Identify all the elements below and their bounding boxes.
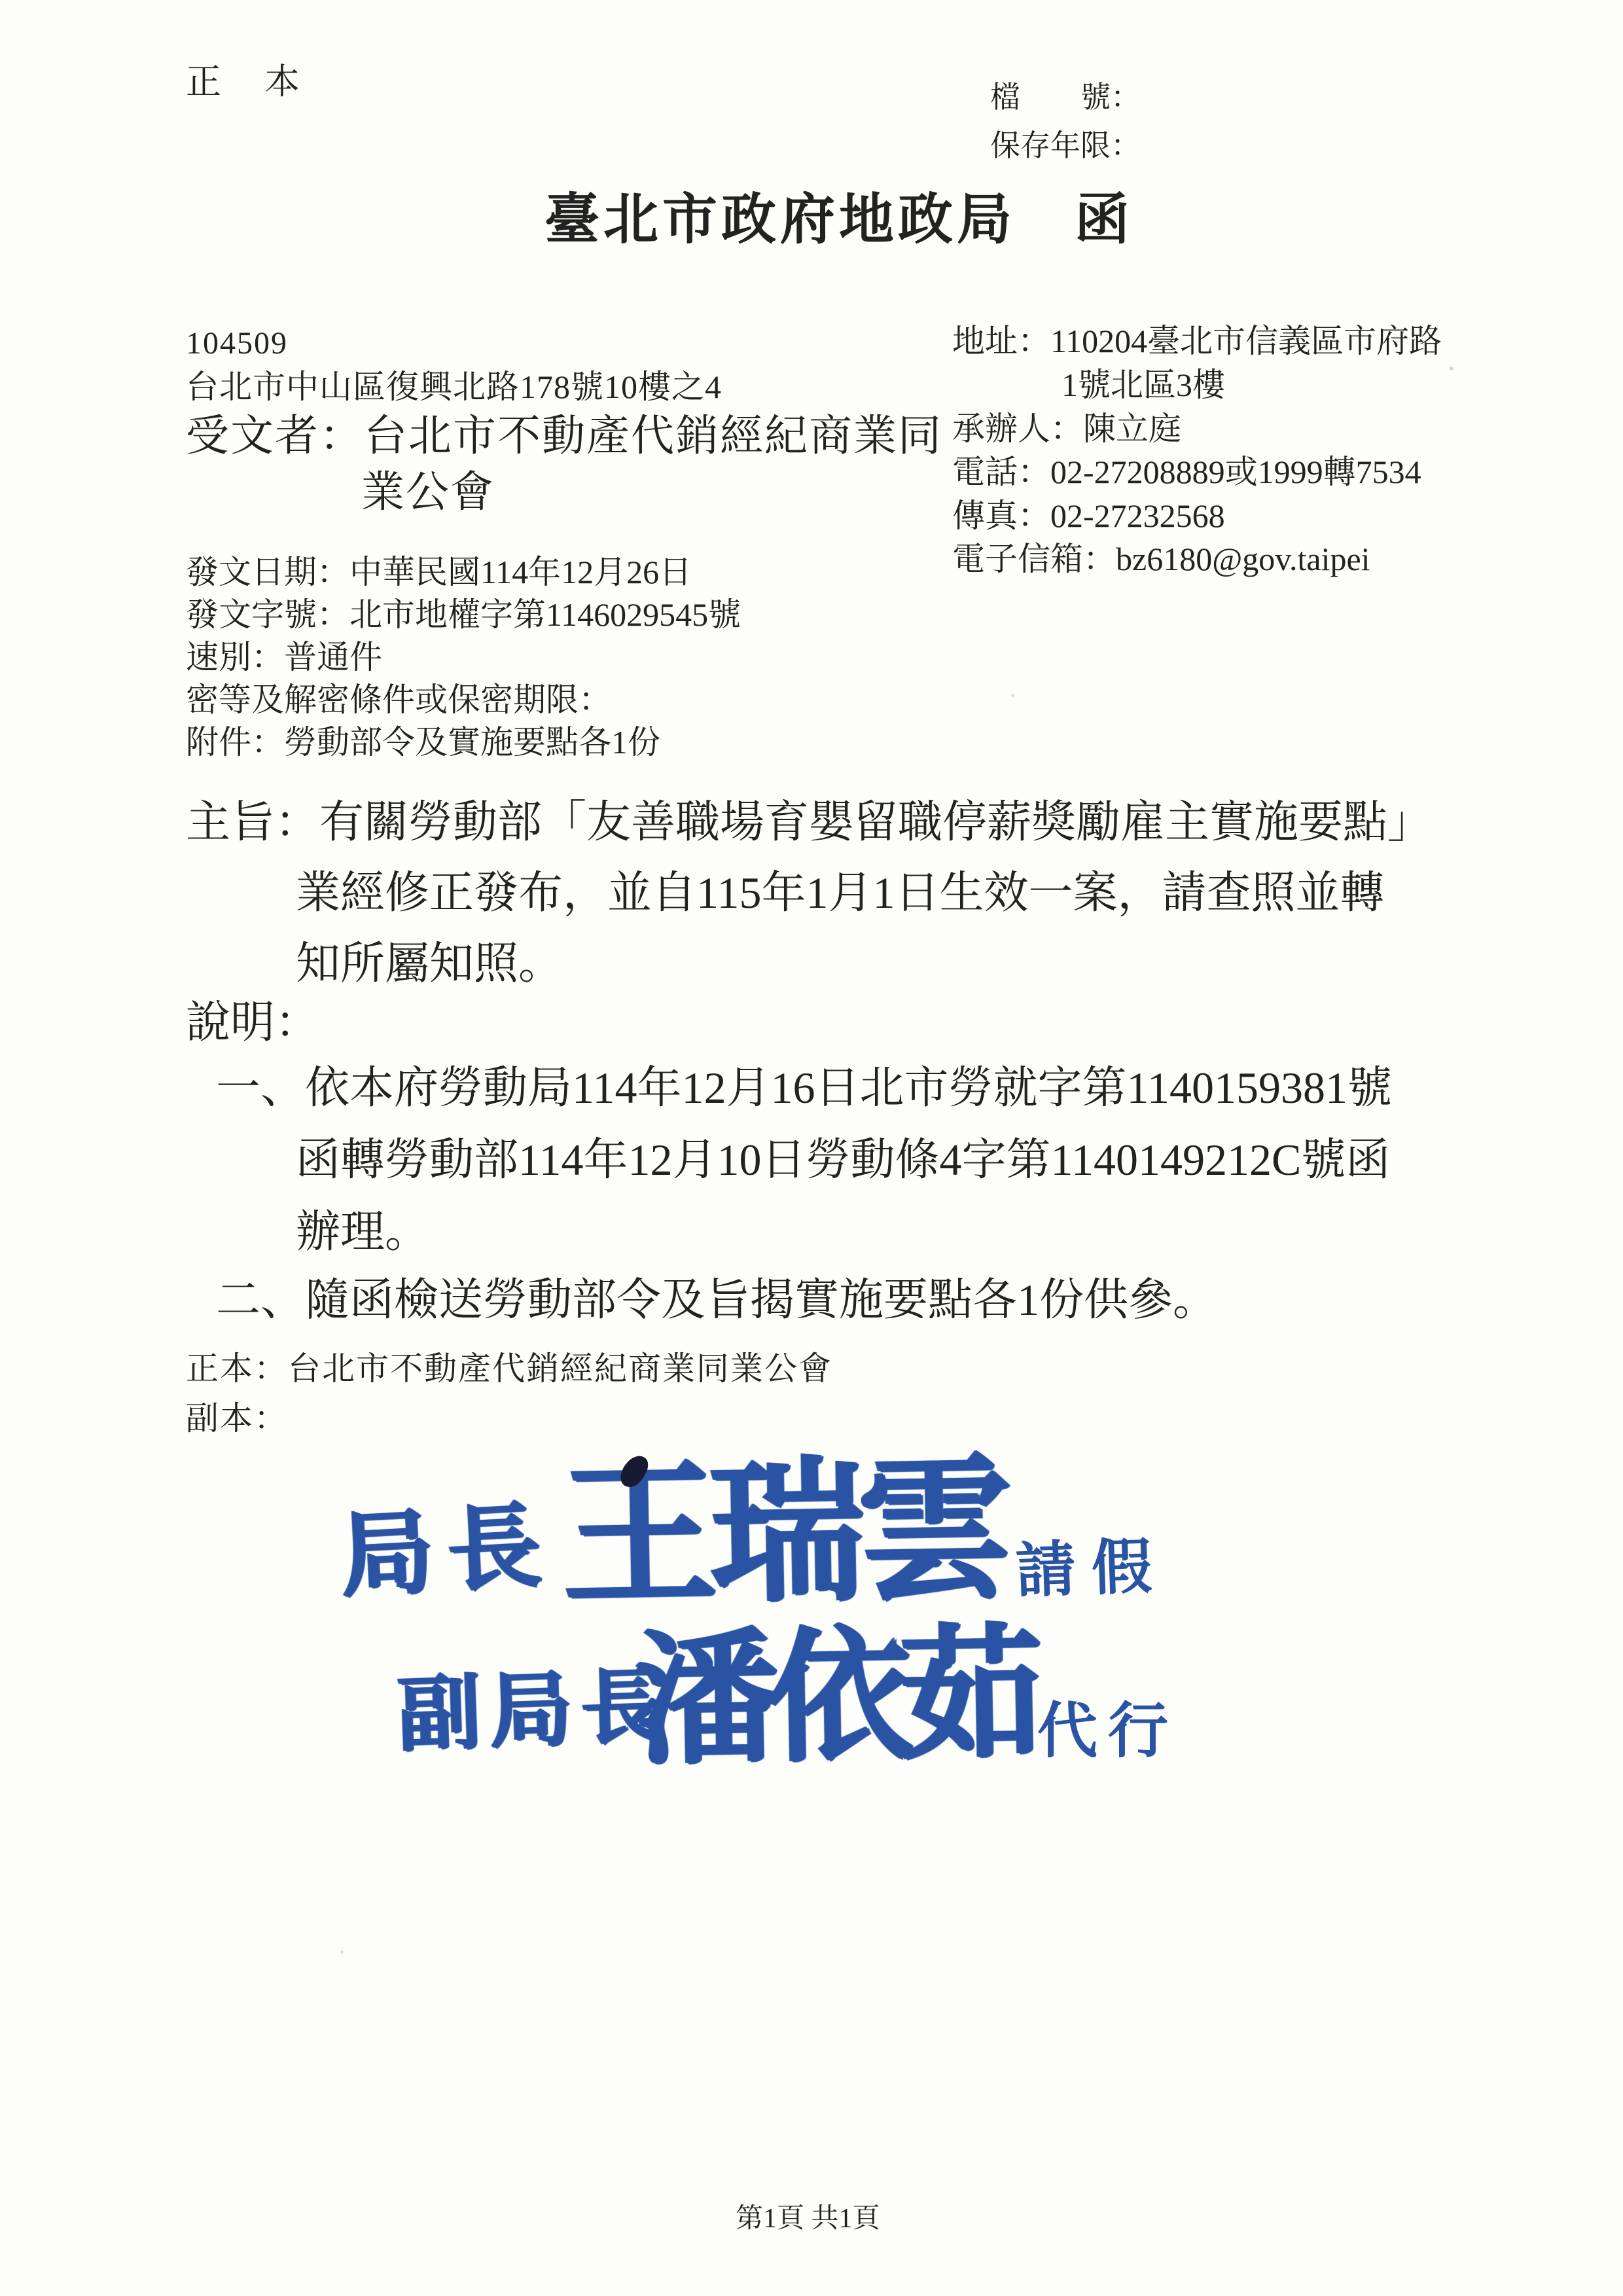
copies-cc-recipient: 副本： bbox=[186, 1398, 288, 1439]
document-title: 臺北市政府地政局 函 bbox=[544, 186, 1133, 255]
copy-type-label: 正 本 bbox=[186, 60, 304, 105]
director-title-signature: 局長 bbox=[338, 1488, 558, 1615]
scan-speckle bbox=[1450, 367, 1454, 370]
contact-email: 電子信箱：bz6180@gov.taipei bbox=[952, 539, 1370, 580]
contact-fax: 傳真：02-27232568 bbox=[952, 495, 1225, 537]
explanation-heading: 說明： bbox=[186, 995, 319, 1050]
meta-issue-number: 發文字號：北市地權字第1146029545號 bbox=[186, 594, 741, 636]
scan-speckle bbox=[1011, 694, 1014, 697]
recipient-street-address: 台北市中山區復興北路178號10樓之4 bbox=[186, 367, 722, 408]
subject-line-1: 主旨：有關勞動部「友善職場育嬰留職停薪獎勵雇主實施要點」 bbox=[186, 795, 1432, 850]
sender-address-line-2: 1號北區3樓 bbox=[1061, 365, 1225, 406]
sender-address-line-1: 地址：110204臺北市信義區市府路 bbox=[952, 321, 1442, 362]
page-number-footer: 第1頁 共1頁 bbox=[736, 2202, 880, 2236]
recipient-line-1: 受文者：台北市不動產代銷經紀商業同 bbox=[186, 410, 942, 464]
explanation-item-2: 二、隨函檢送勞動部令及旨揭實施要點各1份供參。 bbox=[216, 1272, 1217, 1328]
director-on-leave-note: 請假 bbox=[1014, 1529, 1169, 1609]
contact-phone: 電話：02-27208889或1999轉7534 bbox=[952, 452, 1421, 493]
deputy-director-name-signature: 潘依茹 bbox=[633, 1605, 1033, 1793]
recipient-zip-code: 104509 bbox=[186, 324, 288, 363]
subject-line-3: 知所屬知照。 bbox=[296, 936, 563, 992]
meta-security-class: 密等及解密條件或保密期限： bbox=[186, 679, 611, 721]
scan-speckle bbox=[340, 1950, 344, 1954]
explanation-item-1-line-2: 函轉勞動部114年12月10日勞動條4字第1140149212C號函 bbox=[296, 1132, 1390, 1188]
acting-on-behalf-note: 代行 bbox=[1037, 1694, 1179, 1769]
meta-issue-date: 發文日期：中華民國114年12月26日 bbox=[186, 552, 692, 593]
explanation-item-1-line-1: 一、依本府勞動局114年12月16日北市勞就字第1140159381號 bbox=[216, 1060, 1392, 1116]
scanned-official-letter: 正 本 檔 號： 保存年限： 臺北市政府地政局 函 104509 台北市中山區復… bbox=[0, 0, 1623, 2296]
deputy-director-title-signature: 副局長 bbox=[396, 1655, 674, 1768]
retention-period-label: 保存年限： bbox=[990, 127, 1141, 165]
meta-speed-class: 速別：普通件 bbox=[186, 637, 382, 678]
subject-line-2: 業經修正發布，並自115年1月1日生效一案，請查照並轉 bbox=[296, 865, 1384, 921]
contact-officer: 承辦人：陳立庭 bbox=[952, 408, 1181, 450]
file-number-label: 檔 號： bbox=[990, 79, 1141, 117]
copies-original-recipient: 正本：台北市不動產代銷經紀商業同業公會 bbox=[186, 1348, 832, 1390]
recipient-line-2: 業公會 bbox=[361, 466, 495, 520]
meta-attachments: 附件：勞動部令及實施要點各1份 bbox=[186, 722, 660, 763]
explanation-item-1-line-3: 辦理。 bbox=[296, 1204, 429, 1260]
